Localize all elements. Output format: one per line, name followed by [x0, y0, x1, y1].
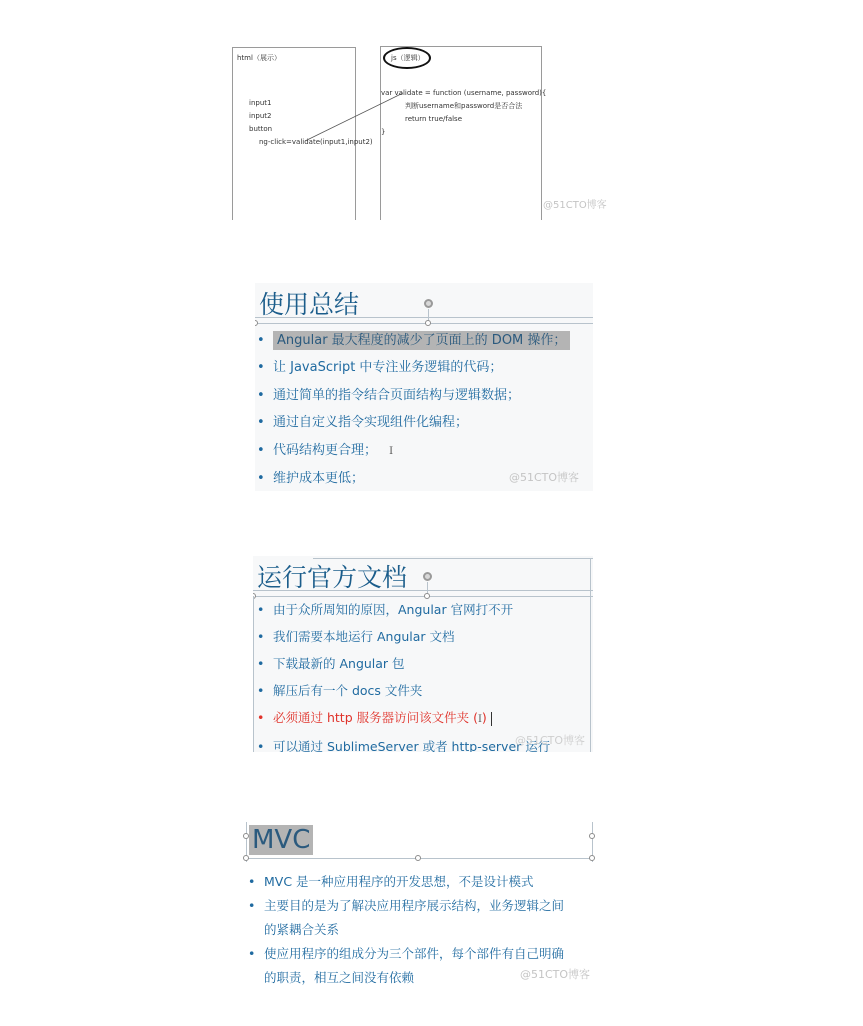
- slide-run-official-docs: 运行官方文档 由于众所周知的原因，Angular 官网打不开 我们需要本地运行 …: [253, 556, 593, 752]
- slide-title: 运行官方文档: [257, 558, 407, 594]
- selection-border-top: [253, 590, 593, 591]
- list-item-highlighted: 必须通过 http 服务器访问该文件夹 (I): [255, 704, 550, 733]
- slide-usage-summary: 使用总结 Angular 最大程度的减少了页面上的 DOM 操作； 让 Java…: [255, 283, 593, 491]
- list-item: 代码结构更合理； I: [255, 437, 570, 465]
- watermark: @51CTO博客: [543, 196, 607, 211]
- list-item: 由于众所周知的原因，Angular 官网打不开: [255, 596, 550, 623]
- list-item: 下载最新的 Angular 包: [255, 650, 550, 677]
- text-caret: [491, 712, 492, 726]
- resize-handle-icon[interactable]: [589, 855, 595, 861]
- list-item: 让 JavaScript 中专注业务逻辑的代码；: [255, 354, 570, 381]
- list-item: 通过自定义指令实现组件化编程；: [255, 409, 570, 436]
- resize-handle-icon[interactable]: [243, 855, 249, 861]
- bullet-list: 由于众所周知的原因，Angular 官网打不开 我们需要本地运行 Angular…: [255, 596, 550, 752]
- resize-handle-icon[interactable]: [425, 320, 431, 326]
- rotate-handle-icon[interactable]: [424, 299, 433, 308]
- list-item: Angular 最大程度的减少了页面上的 DOM 操作；: [255, 327, 570, 354]
- watermark: @51CTO博客: [520, 966, 590, 982]
- html-js-diagram: html（展示） input1 input2 button ng-click=v…: [225, 40, 625, 220]
- sublimeserver-text: SublimeServer: [327, 739, 419, 752]
- textbox-border-right: [590, 558, 591, 752]
- resize-handle-icon[interactable]: [415, 855, 421, 861]
- list-item: 我们需要本地运行 Angular 文档: [255, 623, 550, 650]
- slide-title-selected[interactable]: MVC: [249, 825, 313, 855]
- watermark: @51CTO博客: [509, 469, 579, 485]
- bullet-list: Angular 最大程度的减少了页面上的 DOM 操作； 让 JavaScrip…: [255, 327, 570, 491]
- bullet-list: MVC 是一种应用程序的开发思想，不是设计模式 主要目的是为了解决应用程序展示结…: [246, 870, 564, 990]
- list-item: MVC 是一种应用程序的开发思想，不是设计模式: [246, 870, 564, 894]
- selection-border-bottom: [255, 323, 593, 324]
- list-item: 通过简单的指令结合页面结构与逻辑数据；: [255, 382, 570, 409]
- resize-handle-icon[interactable]: [255, 320, 258, 326]
- textbox-border-left: [253, 596, 254, 752]
- resize-handle-icon[interactable]: [589, 833, 595, 839]
- watermark: @51CTO博客: [515, 732, 585, 748]
- resize-handle-icon[interactable]: [243, 833, 249, 839]
- text-cursor-icon: I: [389, 446, 393, 457]
- connector-line: [225, 40, 625, 220]
- list-item: 主要目的是为了解决应用程序展示结构，业务逻辑之间的紧耦合关系: [246, 894, 564, 942]
- list-item: 解压后有一个 docs 文件夹: [255, 677, 550, 704]
- slide-mvc: MVC MVC 是一种应用程序的开发思想，不是设计模式 主要目的是为了解决应用程…: [243, 818, 598, 998]
- selection-border-top: [255, 317, 593, 318]
- slide-title: 使用总结: [259, 285, 359, 321]
- list-item: 可以通过 SublimeServer 或者 http-server 运行: [255, 733, 550, 752]
- rotate-handle-icon[interactable]: [423, 572, 432, 581]
- list-item: 使应用程序的组成分为三个部件，每个部件有自己明确的职责，相互之间没有依赖: [246, 942, 564, 990]
- selected-text[interactable]: Angular 最大程度的减少了页面上的 DOM 操作；: [273, 331, 570, 350]
